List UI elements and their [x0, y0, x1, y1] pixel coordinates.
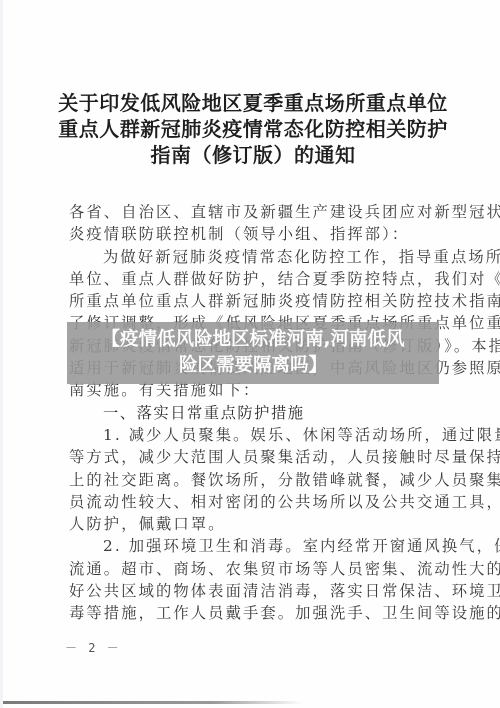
title-line-1: 关于印发低风险地区夏季重点场所重点单位 [3, 90, 500, 116]
section-heading: 一、落实日常重点防护措施 [69, 402, 449, 424]
paragraph-line: 毒等措施，工作人员戴手套。加强洗手、卫生间等设施的卫生管 [69, 602, 449, 624]
paragraph-line: 1. 减少人员聚集。娱乐、休闲等活动场所，通过限量、错峰 [69, 424, 449, 446]
caption-line-1: 【疫情低风险地区标准河南,河南低风 [101, 327, 404, 353]
paragraph-line: 人防护，佩戴口罩。 [69, 513, 449, 535]
page-bottom-shadow [3, 701, 303, 704]
paragraph-line: 2. 加强环境卫生和消毒。室内经常开窗通风换气，保持空气 [69, 535, 449, 557]
caption-line-2: 险区需要隔离吗】 [179, 353, 327, 379]
paragraph-line: 上的社交距离。餐饮场所，分散错峰就餐，减少人员聚集。在人 [69, 469, 449, 491]
paragraph-line: 员流动性较大、相对密闭的公共场所以及公共交通工具，做好个 [69, 491, 449, 513]
addressee-line-1: 各省、自治区、直辖市及新疆生产建设兵团应对新型冠状病毒肺 [69, 201, 449, 223]
document-title: 关于印发低风险地区夏季重点场所重点单位 重点人群新冠肺炎疫情常态化防控相关防护 … [3, 90, 500, 168]
title-line-2: 重点人群新冠肺炎疫情常态化防控相关防护 [3, 116, 500, 142]
paragraph-line: 等方式，减少大范围人员聚集活动，人员接触时尽量保持 1 米以 [69, 446, 449, 468]
paragraph-line: 流通。超市、商场、农集贸市场等人员密集、流动性大的场所做 [69, 558, 449, 580]
title-line-3: 指南（修订版）的通知 [3, 142, 500, 168]
document-page: 关于印发低风险地区夏季重点场所重点单位 重点人群新冠肺炎疫情常态化防控相关防护 … [0, 0, 500, 708]
paragraph-line: 单位、重点人群做好防护，结合夏季防控特点，我们对《重点场 [69, 268, 449, 290]
paragraph-line: 所重点单位重点人群新冠肺炎疫情防控相关防控技术指南》进行 [69, 290, 449, 312]
page-number: － 2 － [65, 639, 121, 656]
paragraph-line: 好公共区域的物体表面清洁消毒，落实日常保洁、环境卫生与消 [69, 580, 449, 602]
paragraph-line: 为做好新冠肺炎疫情常态化防控工作，指导重点场所、重点 [69, 246, 449, 268]
caption-overlay-banner: 【疫情低风险地区标准河南,河南低风 险区需要隔离吗】 [67, 322, 439, 384]
addressee-line-2: 炎疫情联防联控机制（领导小组、指挥部）： [69, 223, 449, 245]
document-body: 各省、自治区、直辖市及新疆生产建设兵团应对新型冠状病毒肺 炎疫情联防联控机制（领… [69, 201, 449, 625]
